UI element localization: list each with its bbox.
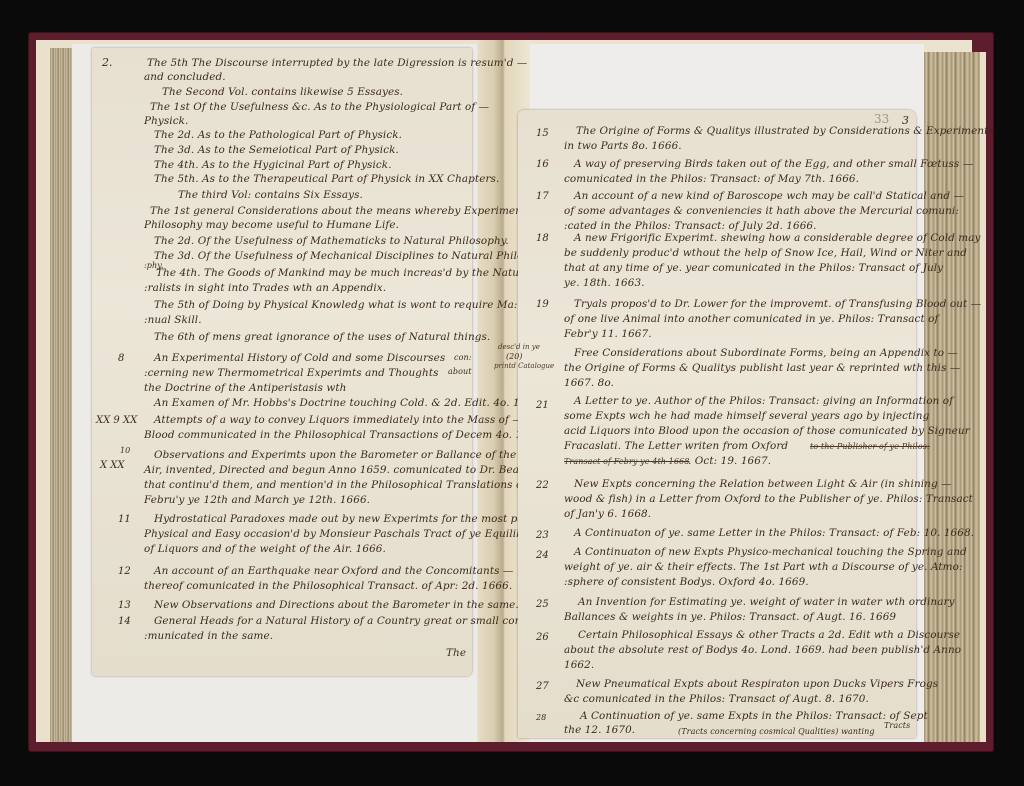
- text-line: The 6th of mens great ignorance of the u…: [154, 332, 490, 342]
- entry-number: 16: [536, 159, 549, 170]
- entry-line: the 12. 1670.: [564, 725, 635, 735]
- text-line: The third Vol: contains Six Essays.: [178, 190, 363, 200]
- entry-line: Attempts of a way to convey Liquors imme…: [154, 415, 523, 425]
- entry-number: (20): [506, 352, 522, 361]
- entry-number: 15: [536, 128, 549, 139]
- text-line: Physick.: [144, 116, 188, 126]
- text-line: The 5th. As to the Therapeutical Part of…: [154, 174, 499, 184]
- entry-line: weight of ye. air & their effects. The 1…: [564, 562, 963, 572]
- text-line: The 2d. As to the Pathological Part of P…: [154, 130, 402, 140]
- text-line: Philosophy may become useful to Humane L…: [144, 220, 399, 230]
- entry-line: A Letter to ye. Author of the Philos: Tr…: [574, 396, 953, 406]
- margin-note: con:: [454, 354, 472, 362]
- entry-line: General Heads for a Natural History of a…: [154, 616, 528, 626]
- entry-line: that at any time of ye. year comunicated…: [564, 263, 943, 273]
- entry-line: &c comunicated in the Philos: Transact o…: [564, 694, 869, 704]
- entry-line: New Expts concerning the Relation betwee…: [574, 479, 952, 489]
- entry-line: about the absolute rest of Bodys 4o. Lon…: [564, 645, 961, 655]
- entry-line: New Pneumatical Expts about Respiraton u…: [576, 679, 938, 689]
- entry-number: 28: [536, 713, 546, 722]
- manuscript-page-left: 2. The 5th The Discourse interrupted by …: [92, 48, 472, 676]
- entry-line: Febr'y 11. 1667.: [564, 329, 652, 339]
- entry-line: Febru'y ye 12th and March ye 12th. 1666.: [144, 495, 370, 505]
- entry-number: 26: [536, 632, 549, 643]
- text-line: and concluded.: [144, 72, 226, 82]
- entry-line: be suddenly produc'd wthout the help of …: [564, 248, 967, 258]
- entry-number: 23: [536, 530, 549, 541]
- entry-number: 21: [536, 400, 549, 411]
- entry-line: Air, invented, Directed and begun Anno 1…: [144, 465, 536, 475]
- entry-number: 27: [536, 681, 549, 692]
- entry-marks: X XX: [100, 460, 125, 471]
- text-line: The 3d. Of the Usefulness of Mechanical …: [154, 251, 527, 261]
- text-line: The 5th of Doing by Physical Knowledg wh…: [154, 300, 517, 310]
- entry-line: 1667. 8o.: [564, 378, 614, 388]
- entry-line: A way of preserving Birds taken out of t…: [574, 159, 973, 169]
- entry-line: comunicated in the Philos: Transact: of …: [564, 174, 859, 184]
- manuscript-page-right: 33 3 15 The Origine of Forms & Qualitys …: [518, 110, 916, 738]
- entry-line: Certain Philosophical Essays & other Tra…: [578, 630, 960, 640]
- entry-number: 10: [120, 446, 130, 455]
- entry-number: 25: [536, 599, 549, 610]
- entry-line: of Liquors and of the weight of the Air.…: [144, 544, 386, 554]
- text-line: The 3d. As to the Semeiotical Part of Ph…: [154, 145, 399, 155]
- entry-line: Ballances & weights in ye. Philos: Trans…: [564, 612, 896, 622]
- entry-line: the Origine of Forms & Qualitys publisht…: [564, 363, 960, 373]
- text-line: :ralists in sight into Trades wth an App…: [144, 283, 386, 293]
- text-line: The 5th The Discourse interrupted by the…: [147, 58, 527, 68]
- entry-line: A Continuaton of ye. same Letter in the …: [574, 528, 974, 538]
- pencil-folio-number: 33: [874, 112, 889, 126]
- entry-line: Blood communicated in the Philosophical …: [144, 430, 546, 440]
- entry-line: A Continuation of ye. same Expts in the …: [580, 711, 928, 721]
- entry-number: 13: [118, 600, 131, 611]
- entry-line: Hydrostatical Paradoxes made out by new …: [154, 514, 533, 524]
- text-line: The 4th. As to the Hygicinal Part of Phy…: [154, 160, 392, 170]
- struck-text: Transact of Febry ye 4th 1668: [564, 458, 689, 466]
- struck-text: to the Publisher of ye Philos:: [810, 443, 930, 451]
- entry-line: Observations and Experimts upon the Baro…: [154, 450, 516, 460]
- entry-line: Fracaslati. The Letter writen from Oxfor…: [564, 441, 788, 451]
- text-line: The 1st Of the Usefulness &c. As to the …: [150, 102, 489, 112]
- entry-line: acid Liquors into Blood upon the occasio…: [564, 426, 970, 436]
- entry-marks: XX 9 XX: [96, 415, 137, 426]
- entry-line: Physical and Easy occasion'd by Monsieur…: [144, 529, 538, 539]
- entry-number: 22: [536, 480, 549, 491]
- entry-number: 14: [118, 616, 131, 627]
- entry-line: A Continuaton of new Expts Physico-mecha…: [574, 547, 967, 557]
- entry-line: :municated in the same.: [144, 631, 273, 641]
- entry-line: ye. 18th. 1663.: [564, 278, 645, 288]
- page-edges-left: [50, 48, 72, 742]
- catchword: The: [446, 648, 466, 658]
- entry-line: An Examen of Mr. Hobbs's Doctrine touchi…: [154, 398, 543, 408]
- margin-note: about: [448, 368, 472, 376]
- entry-line: :cated in the Philos: Transact: of July …: [564, 221, 817, 231]
- entry-line: An Invention for Estimating ye. weight o…: [578, 597, 955, 607]
- margin-note: desc'd in ye: [498, 343, 540, 351]
- text-line: The 1st general Considerations about the…: [150, 206, 536, 216]
- text-line: :nual Skill.: [144, 315, 202, 325]
- entry-line: Tryals propos'd to Dr. Lower for the imp…: [574, 299, 981, 309]
- entry-line: of one live Animal into another comunica…: [564, 314, 938, 324]
- entry-line: The Origine of Forms & Qualitys illustra…: [576, 126, 994, 136]
- catchword: Tracts: [884, 722, 910, 730]
- entry-line: wood & fish) in a Letter from Oxford to …: [564, 494, 973, 504]
- entry-line: the Doctrine of the Antiperistasis wth: [144, 383, 346, 393]
- entry-line: A new Frigorific Experimt. shewing how a…: [574, 233, 981, 243]
- folio-number: 2.: [102, 56, 113, 69]
- entry-line: An account of an Earthquake near Oxford …: [154, 566, 513, 576]
- entry-number: 19: [536, 299, 549, 310]
- entry-number: 11: [118, 514, 131, 525]
- entry-line: An Experimental History of Cold and some…: [154, 353, 445, 363]
- entry-number: 12: [118, 566, 131, 577]
- entry-line: . Oct: 19. 1667.: [688, 456, 771, 466]
- entry-line: that continu'd them, and mention'd in th…: [144, 480, 526, 490]
- entry-line: An account of a new kind of Baroscope wc…: [574, 191, 964, 201]
- entry-number: 17: [536, 191, 549, 202]
- entry-line: of some advantages & conveniencies it ha…: [564, 206, 959, 216]
- entry-number: 18: [536, 233, 549, 244]
- entry-number: 8: [118, 353, 124, 364]
- entry-line: of Jan'y 6. 1668.: [564, 509, 651, 519]
- entry-line: :cerning new Thermometrical Experimts an…: [144, 368, 439, 378]
- entry-line: 1662.: [564, 660, 594, 670]
- entry-line: in two Parts 8o. 1666.: [564, 141, 682, 151]
- margin-note: printd Catalogue: [494, 362, 554, 370]
- footnote: (Tracts concerning cosmical Qualities) w…: [678, 728, 875, 736]
- entry-number: 24: [536, 550, 549, 561]
- entry-line: some Expts wch he had made himself sever…: [564, 411, 929, 421]
- text-line: The 2d. Of the Usefulness of Mathematick…: [154, 236, 509, 246]
- entry-line: New Observations and Directions about th…: [154, 600, 519, 610]
- text-line: The Second Vol. contains likewise 5 Essa…: [162, 87, 403, 97]
- entry-line: :sphere of consistent Bodys. Oxford 4o. …: [564, 577, 809, 587]
- entry-line: thereof comunicated in the Philosophical…: [144, 581, 512, 591]
- text-line: The 4th. The Goods of Mankind may be muc…: [156, 268, 523, 278]
- entry-line: Free Considerations about Subordinate Fo…: [574, 348, 958, 358]
